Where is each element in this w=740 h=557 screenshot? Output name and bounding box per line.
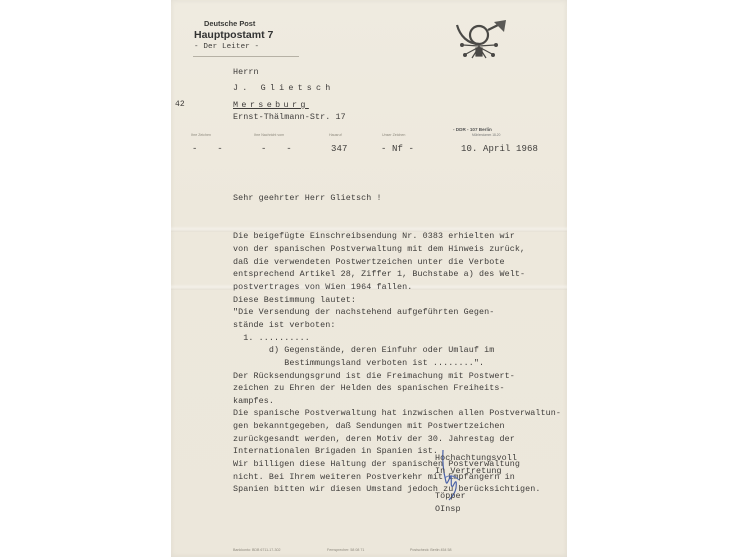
letterhead-divider bbox=[193, 56, 299, 57]
body-line: Bestimmungsland verboten ist ........". bbox=[233, 357, 563, 370]
recipient-street: Ernst-Thälmann-Str. 17 bbox=[233, 112, 346, 122]
body-line: Der Rücksendungsgrund ist die Freimachun… bbox=[233, 370, 563, 383]
post-horn-icon bbox=[454, 18, 508, 62]
letter-page: Deutsche Post Hauptpostamt 7 - Der Leite… bbox=[171, 0, 567, 557]
footer-phone: Fernsprecher: 58 08 71 bbox=[327, 548, 364, 552]
office-name: Hauptpostamt 7 bbox=[194, 29, 273, 41]
letter-date: 10. April 1968 bbox=[461, 144, 538, 154]
recipient-city: Merseburg bbox=[233, 100, 309, 110]
recipient-postal-code: 42 bbox=[175, 100, 185, 109]
your-message-date-value: - - bbox=[261, 144, 295, 154]
body-line: daß die verwendeten Postwertzeichen unte… bbox=[233, 256, 563, 269]
closing-line: In Vertretung bbox=[435, 465, 517, 478]
organization-name: Deutsche Post bbox=[204, 19, 255, 28]
body-line: postvertrages von Wien 1964 fallen. bbox=[233, 281, 563, 294]
recipient-salutation: Herrn bbox=[233, 67, 259, 77]
closing-line: Hochachtungsvoll bbox=[435, 452, 517, 465]
signatory-title: OInsp bbox=[435, 503, 517, 516]
body-line: zurückgesandt werden, deren Motiv der 30… bbox=[233, 433, 563, 446]
body-line: kampfes. bbox=[233, 395, 563, 408]
recipient-name: J. Glietsch bbox=[233, 83, 334, 93]
field-label-your-reference: Ihre Zeichen bbox=[191, 133, 211, 137]
body-line: entsprechend Artikel 28, Ziffer 1, Buchs… bbox=[233, 268, 563, 281]
footer-postal-check: Postscheck: Berlin 454 58 bbox=[410, 548, 452, 552]
body-line: zeichen zu Ehren der Helden des spanisch… bbox=[233, 382, 563, 395]
signatory-name: Töpper bbox=[435, 490, 517, 503]
closing-line bbox=[435, 478, 517, 491]
body-line: d) Gegenstände, deren Einfuhr oder Umlau… bbox=[233, 344, 563, 357]
extension-value: 347 bbox=[331, 144, 348, 154]
greeting: Sehr geehrter Herr Glietsch ! bbox=[233, 192, 563, 205]
closing-block: HochachtungsvollIn Vertretung TöpperOIns… bbox=[435, 452, 517, 516]
our-reference-value: - Nf - bbox=[381, 144, 414, 154]
body-line: gen bekanntgegeben, daß Sendungen mit Po… bbox=[233, 420, 563, 433]
body-line: von der spanischen Postverwaltung mit de… bbox=[233, 243, 563, 256]
body-line: Die spanische Postverwaltung hat inzwisc… bbox=[233, 407, 563, 420]
office-role: - Der Leiter - bbox=[194, 43, 259, 51]
footer-bank-account: Bankkonto: BDB 6711-17-302 bbox=[233, 548, 280, 552]
field-label-our-reference: Unser Zeichen bbox=[382, 133, 405, 137]
body-line: 1. .......... bbox=[233, 332, 563, 345]
your-reference-value: - - bbox=[192, 144, 226, 154]
sender-street: Mühlendamm 18-20 bbox=[472, 133, 500, 137]
field-label-extension: Hausruf bbox=[329, 133, 342, 137]
body-line: "Die Versendung der nachstehend aufgefüh… bbox=[233, 306, 563, 319]
body-line: Diese Bestimmung lautet: bbox=[233, 294, 563, 307]
body-line: stände ist verboten: bbox=[233, 319, 563, 332]
body-line: Die beigefügte Einschreibsendung Nr. 038… bbox=[233, 230, 563, 243]
field-label-your-message-date: Ihre Nachricht vom bbox=[254, 133, 284, 137]
sender-city: - DDR - 107 Berlin bbox=[453, 127, 492, 132]
